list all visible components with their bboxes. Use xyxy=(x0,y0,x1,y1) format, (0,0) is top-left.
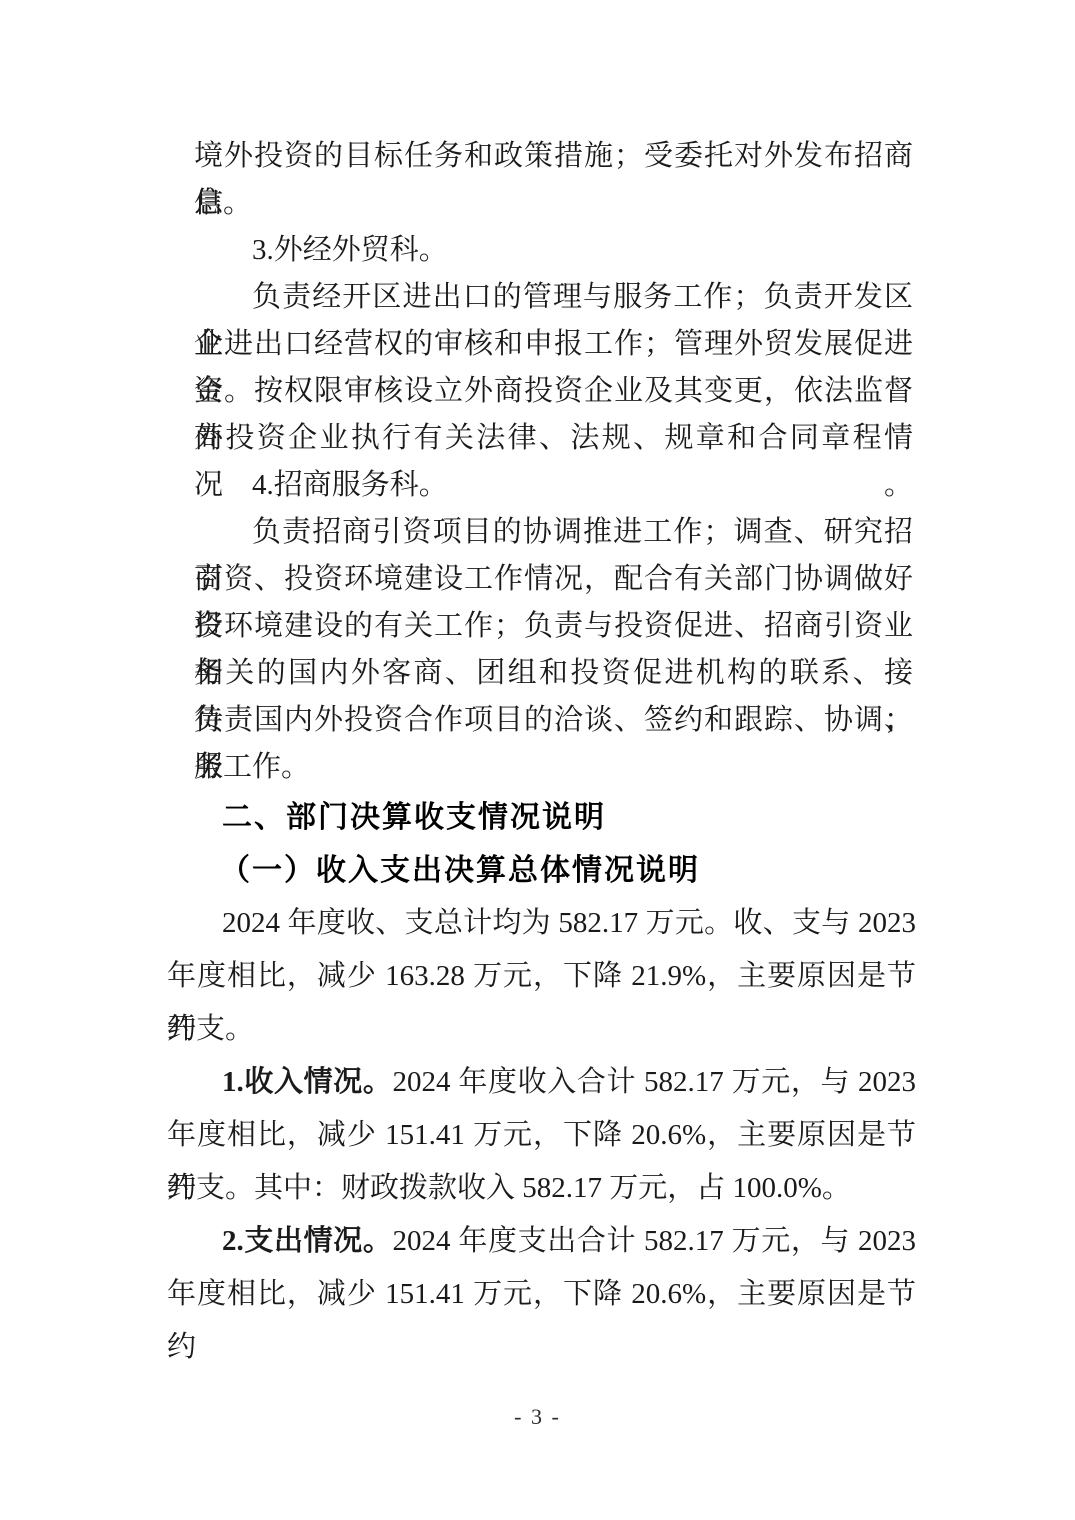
lead-in: 1.收入情况。 xyxy=(222,1066,393,1098)
paragraph-line: 2.支出情况。2024 年度支出合计 582.17 万元，与 2023 xyxy=(167,1215,916,1268)
line-text: 开支。 xyxy=(167,1013,254,1045)
paragraph-line: 年度相比，减少 151.41 万元，下降 20.6%，主要原因是节约 xyxy=(167,1109,916,1162)
paragraph-line: 负责经开区进出口的管理与服务工作；负责开发区企 xyxy=(194,274,913,321)
paragraph-line: 息。 xyxy=(194,180,913,227)
paragraph-line: 资环境建设的有关工作；负责与投资促进、招商引资业务 xyxy=(194,603,913,650)
line-text: 年度相比，减少 151.41 万元，下降 20.6%，主要原因是节约 xyxy=(167,1278,916,1363)
line-text: 开支。其中：财政拨款收入 582.17 万元，占 100.0%。 xyxy=(167,1172,851,1204)
budget-summary-block: 2024 年度收、支总计均为 582.17 万元。收、支与 2023 年度相比，… xyxy=(167,897,916,1321)
document-page: 境外投资的目标任务和政策措施；受委托对外发布招商信 息。 3.外经外贸科。 负责… xyxy=(0,0,1075,1520)
paragraph-line: 引资、投资环境建设工作情况，配合有关部门协调做好投 xyxy=(194,556,913,603)
line-text: 2024 年度收入合计 582.17 万元，与 2023 xyxy=(393,1066,916,1098)
paragraph-line: 开支。其中：财政拨款收入 582.17 万元，占 100.0%。 xyxy=(167,1162,916,1215)
paragraph-line: 3.外经外贸科。 xyxy=(194,227,913,274)
section-heading: 二、部门决算收支情况说明 xyxy=(222,791,606,844)
paragraph-line: 2024 年度收、支总计均为 582.17 万元。收、支与 2023 xyxy=(167,897,916,950)
paragraph-line: 商投资企业执行有关法律、法规、规章和合同章程情况。 xyxy=(194,415,913,462)
paragraph-line: 境外投资的目标任务和政策措施；受委托对外发布招商信 xyxy=(194,133,913,180)
duties-text-block: 境外投资的目标任务和政策措施；受委托对外发布招商信 息。 3.外经外贸科。 负责… xyxy=(194,133,913,791)
paragraph-line: 务工作。 xyxy=(194,744,913,791)
lead-in: 2.支出情况。 xyxy=(222,1225,393,1257)
paragraph-line: 负责招商引资项目的协调推进工作；调查、研究招商 xyxy=(194,509,913,556)
paragraph-line: 负责国内外投资合作项目的洽谈、签约和跟踪、协调、服 xyxy=(194,697,913,744)
line-text: 2024 年度收、支总计均为 582.17 万元。收、支与 2023 xyxy=(222,907,916,939)
paragraph-line: 年度相比，减少 163.28 万元，下降 21.9%，主要原因是节约 xyxy=(167,950,916,1003)
paragraph-line: 相关的国内外客商、团组和投资促进机构的联系、接待； xyxy=(194,650,913,697)
subsection-heading: （一）收入支出决算总体情况说明 xyxy=(220,844,700,897)
paragraph-line: 金。按权限审核设立外商投资企业及其变更，依法监督外 xyxy=(194,368,913,415)
paragraph-line: 年度相比，减少 151.41 万元，下降 20.6%，主要原因是节约 xyxy=(167,1268,916,1321)
paragraph-line: 业进出口经营权的审核和申报工作；管理外贸发展促进资 xyxy=(194,321,913,368)
paragraph-line: 1.收入情况。2024 年度收入合计 582.17 万元，与 2023 xyxy=(167,1056,916,1109)
line-text: 2024 年度支出合计 582.17 万元，与 2023 xyxy=(393,1225,916,1257)
paragraph-line: 开支。 xyxy=(167,1003,916,1056)
page-number: - 3 - xyxy=(0,1402,1075,1432)
